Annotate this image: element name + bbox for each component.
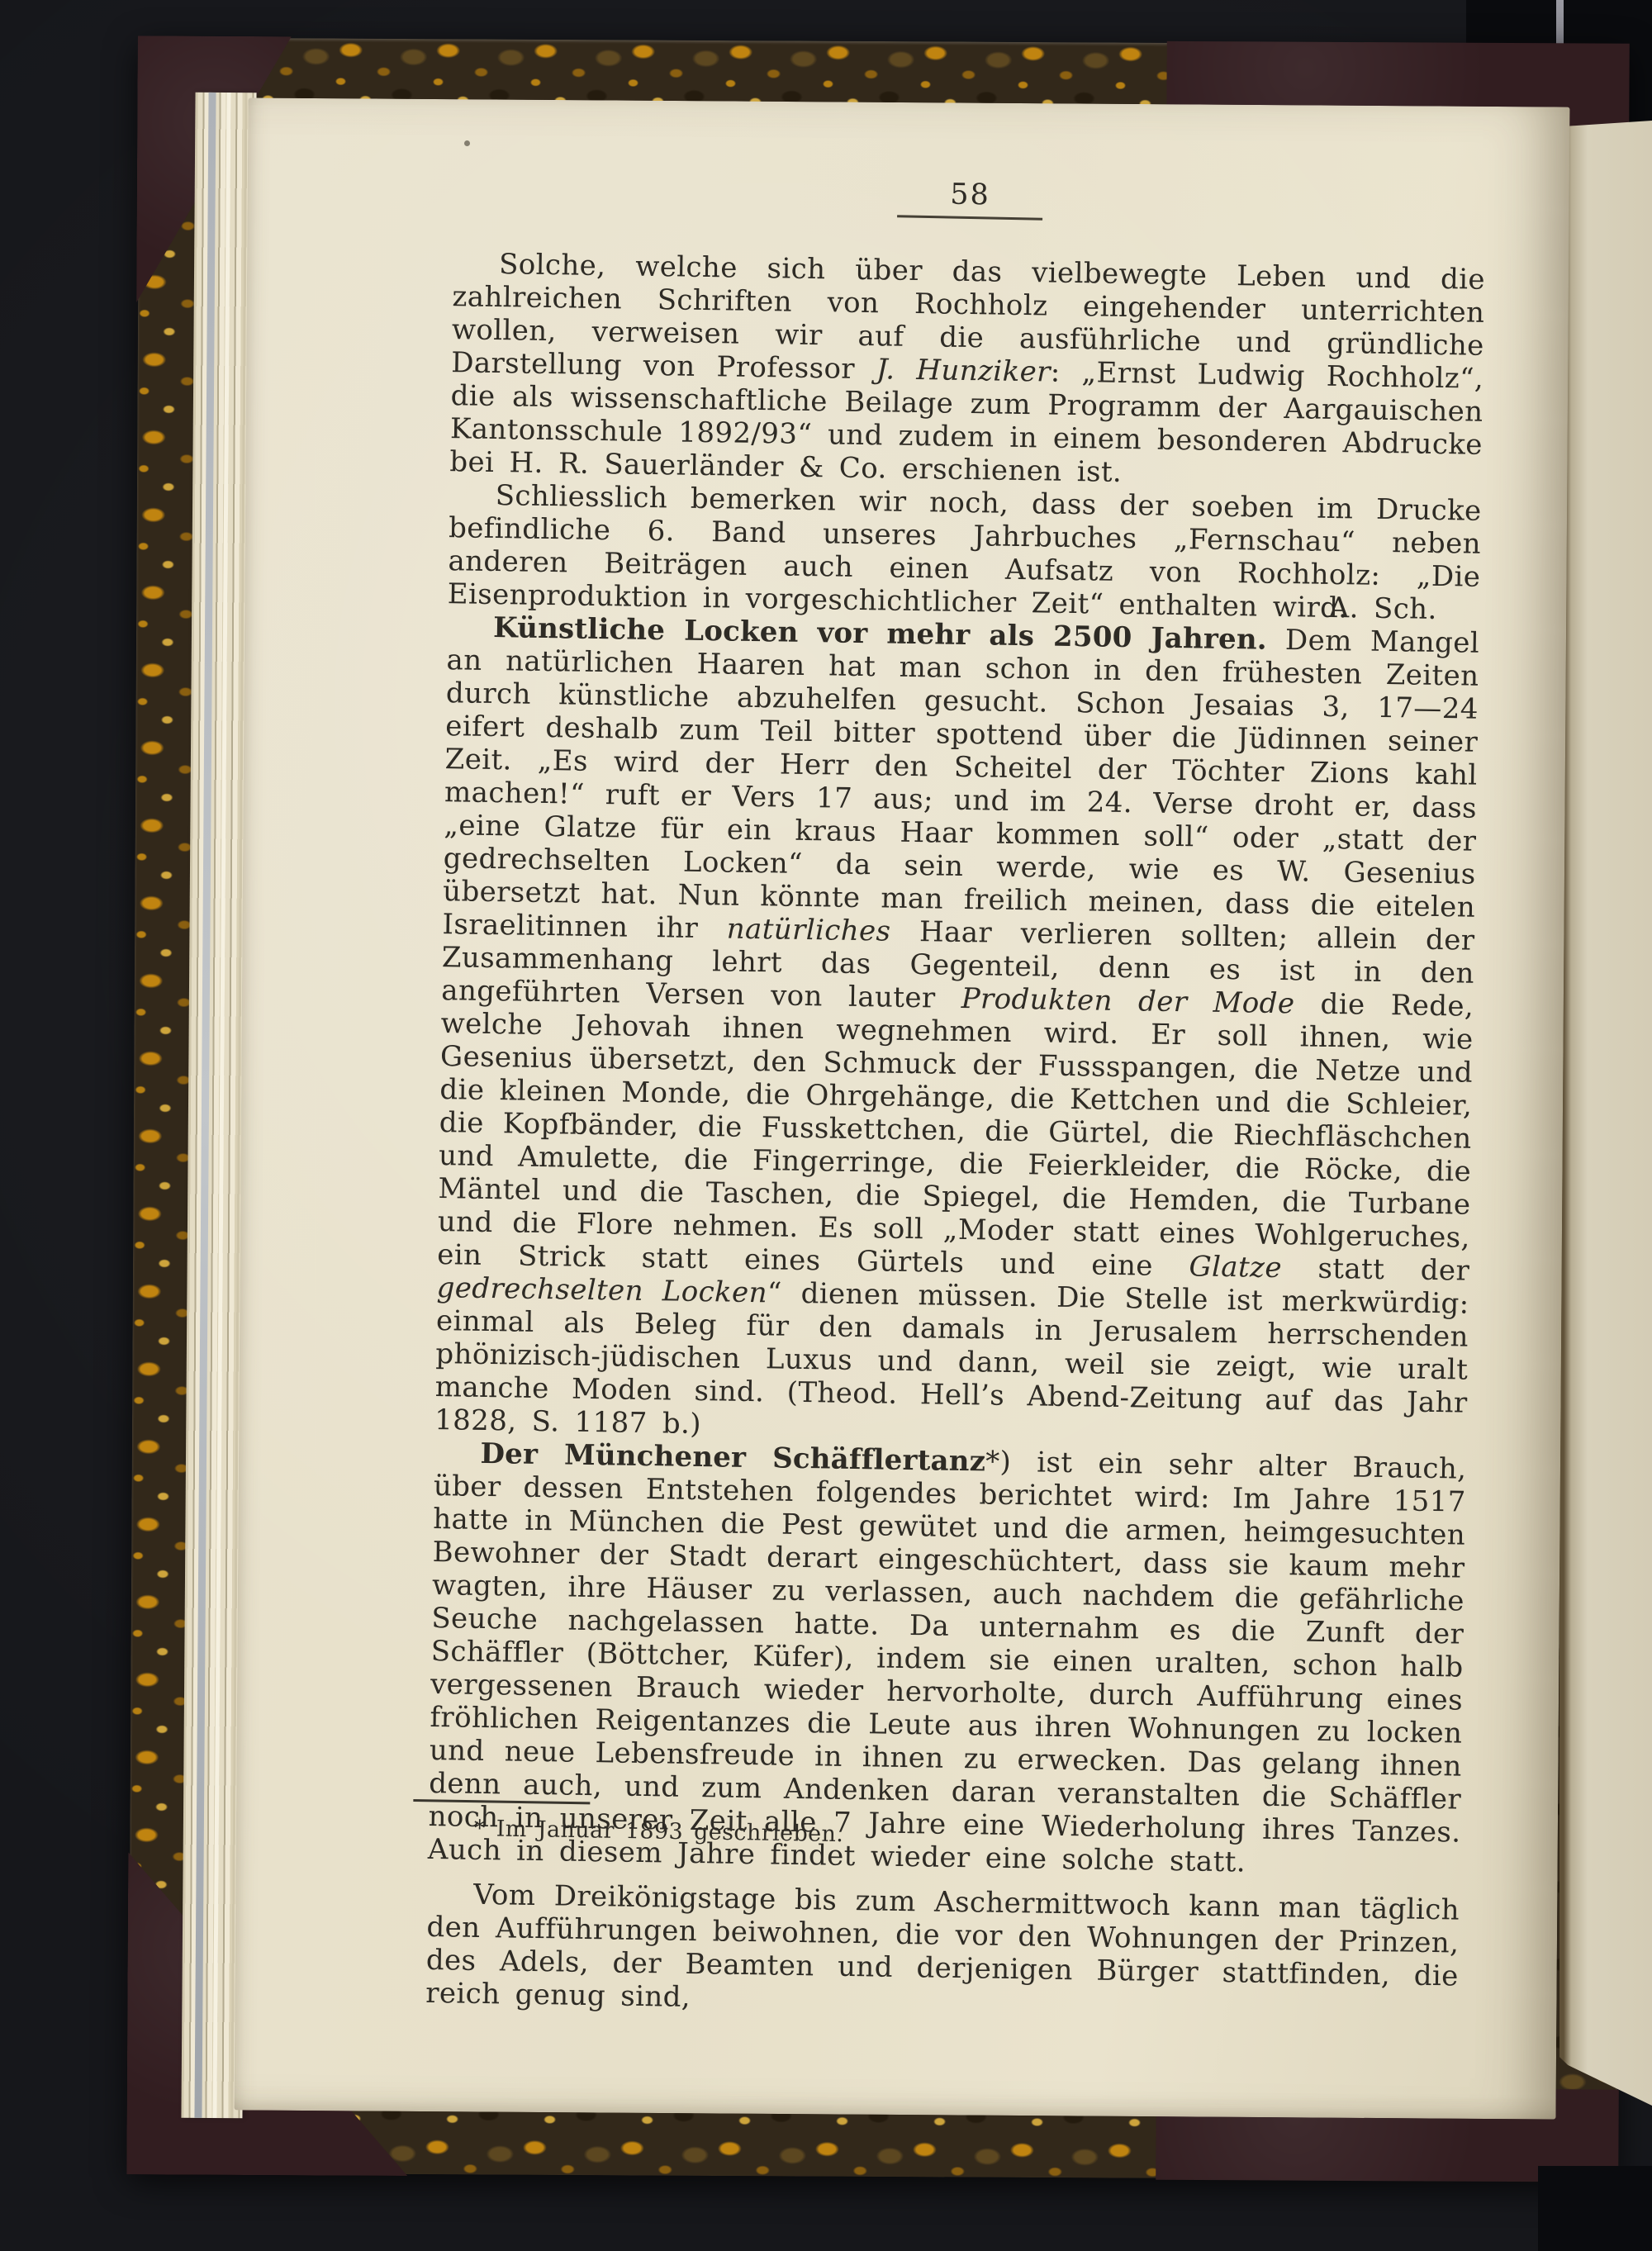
paragraph-fernschau-note: Schliesslich bemerken wir noch, dass der…: [448, 478, 1482, 627]
book-photo: 58 Solche, welche sich über das vielbewe…: [0, 0, 1652, 2251]
page-edge-gray-stripe: [194, 93, 216, 2118]
page-body: Solche, welche sich über das vielbewegte…: [425, 247, 1485, 2025]
book-page: 58 Solche, welche sich über das vielbewe…: [235, 97, 1570, 2119]
facing-page-edge: [1559, 121, 1652, 2146]
paragraph-schaefflertanz-termin: Vom Dreikönigstage bis zum Aschermittwoc…: [425, 1878, 1460, 2026]
page-edge-white-stripe: [212, 93, 230, 2118]
page-text-block: 58 Solche, welche sich über das vielbewe…: [425, 170, 1487, 2025]
article-kuenstliche-locken: Künstliche Locken vor mehr als 2500 Jahr…: [434, 610, 1480, 1453]
page-number: 58: [453, 170, 1486, 220]
paragraph-rochholz-reference: Solche, welche sich über das vielbewegte…: [449, 247, 1485, 495]
paper-speck: [464, 140, 470, 146]
background-shadow-bottom-right: [1538, 2166, 1652, 2251]
page-number-rule: [897, 215, 1042, 220]
